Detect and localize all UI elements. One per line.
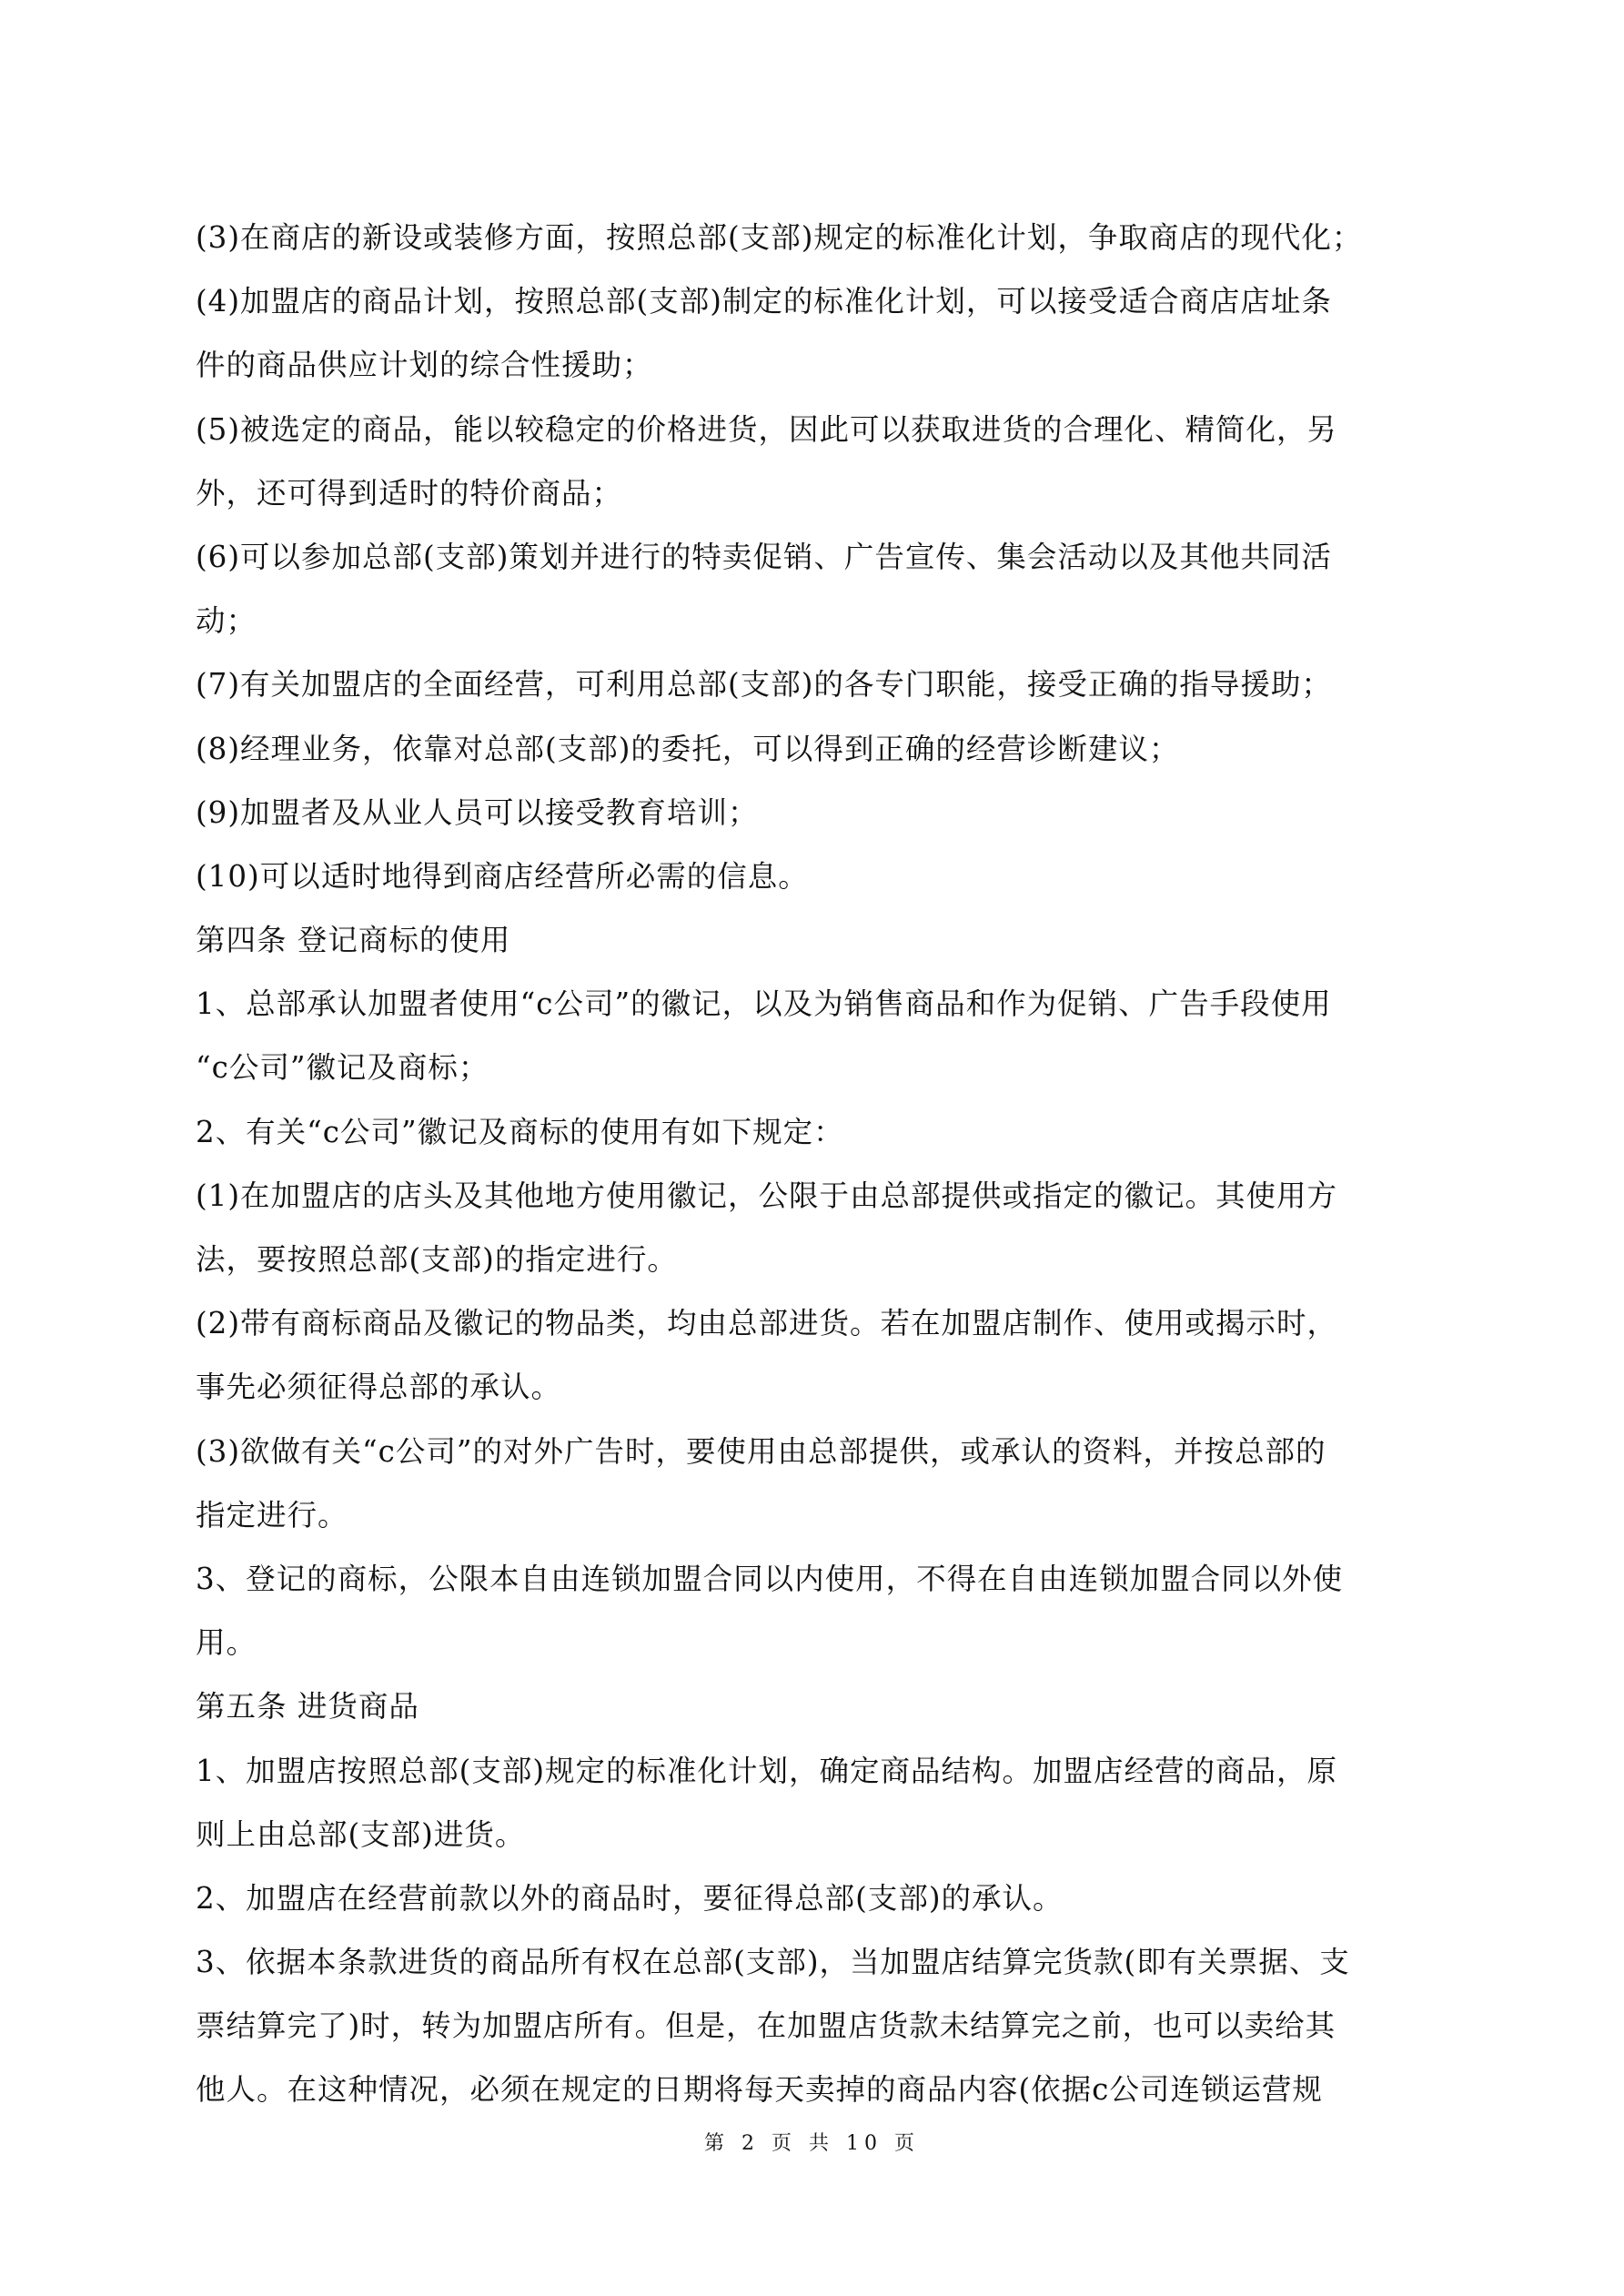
text-line: (3)欲做有关“c公司”的对外广告时，要使用由总部提供，或承认的资料，并按总部的 bbox=[196, 1420, 1433, 1483]
text-line: 3、登记的商标，公限本自由连锁加盟合同以内使用，不得在自由连锁加盟合同以外使 bbox=[196, 1547, 1433, 1611]
text-line: 2、有关“c公司”徽记及商标的使用有如下规定： bbox=[196, 1100, 1433, 1164]
text-line: (4)加盟店的商品计划，按照总部(支部)制定的标准化计划，可以接受适合商店店址条 bbox=[196, 269, 1433, 333]
document-body: (3)在商店的新设或装修方面，按照总部(支部)规定的标准化计划，争取商店的现代化… bbox=[196, 206, 1433, 2122]
text-line: (5)被选定的商品，能以较稳定的价格进货，因此可以获取进货的合理化、精简化，另 bbox=[196, 398, 1433, 461]
text-line: 1、总部承认加盟者使用“c公司”的徽记，以及为销售商品和作为促销、广告手段使用 bbox=[196, 972, 1433, 1036]
text-line: 动； bbox=[196, 589, 1433, 652]
text-line: (3)在商店的新设或装修方面，按照总部(支部)规定的标准化计划，争取商店的现代化… bbox=[196, 206, 1433, 269]
text-line: 法，要按照总部(支部)的指定进行。 bbox=[196, 1228, 1433, 1291]
text-line: 指定进行。 bbox=[196, 1483, 1433, 1547]
document-page: (3)在商店的新设或装修方面，按照总部(支部)规定的标准化计划，争取商店的现代化… bbox=[0, 0, 1624, 2296]
text-line: (10)可以适时地得到商店经营所必需的信息。 bbox=[196, 845, 1433, 908]
page-footer: 第 2 页 共 10 页 bbox=[0, 2128, 1624, 2156]
section-heading: 第五条 进货商品 bbox=[196, 1674, 1433, 1738]
text-line: 1、加盟店按照总部(支部)规定的标准化计划，确定商品结构。加盟店经营的商品，原 bbox=[196, 1739, 1433, 1803]
text-line: (9)加盟者及从业人员可以接受教育培训； bbox=[196, 781, 1433, 845]
text-line: (2)带有商标商品及徽记的物品类，均由总部进货。若在加盟店制作、使用或揭示时， bbox=[196, 1291, 1433, 1355]
text-line: 事先必须征得总部的承认。 bbox=[196, 1355, 1433, 1419]
text-line: (1)在加盟店的店头及其他地方使用徽记，公限于由总部提供或指定的徽记。其使用方 bbox=[196, 1164, 1433, 1228]
text-line: 票结算完了)时，转为加盟店所有。但是，在加盟店货款未结算完之前，也可以卖给其 bbox=[196, 1994, 1433, 2058]
section-heading: 第四条 登记商标的使用 bbox=[196, 908, 1433, 972]
text-line: “c公司”徽记及商标； bbox=[196, 1036, 1433, 1099]
text-line: 则上由总部(支部)进货。 bbox=[196, 1803, 1433, 1866]
text-line: 外，还可得到适时的特价商品； bbox=[196, 461, 1433, 525]
text-line: 件的商品供应计划的综合性援助； bbox=[196, 333, 1433, 397]
text-line: (6)可以参加总部(支部)策划并进行的特卖促销、广告宣传、集会活动以及其他共同活 bbox=[196, 525, 1433, 589]
text-line: 用。 bbox=[196, 1611, 1433, 1674]
text-line: (7)有关加盟店的全面经营，可利用总部(支部)的各专门职能，接受正确的指导援助； bbox=[196, 652, 1433, 716]
text-line: 3、依据本条款进货的商品所有权在总部(支部)，当加盟店结算完货款(即有关票据、支 bbox=[196, 1930, 1433, 1994]
text-line: 2、加盟店在经营前款以外的商品时，要征得总部(支部)的承认。 bbox=[196, 1866, 1433, 1930]
text-line: 他人。在这种情况，必须在规定的日期将每天卖掉的商品内容(依据c公司连锁运营规 bbox=[196, 2058, 1433, 2121]
text-line: (8)经理业务，依靠对总部(支部)的委托，可以得到正确的经营诊断建议； bbox=[196, 717, 1433, 781]
